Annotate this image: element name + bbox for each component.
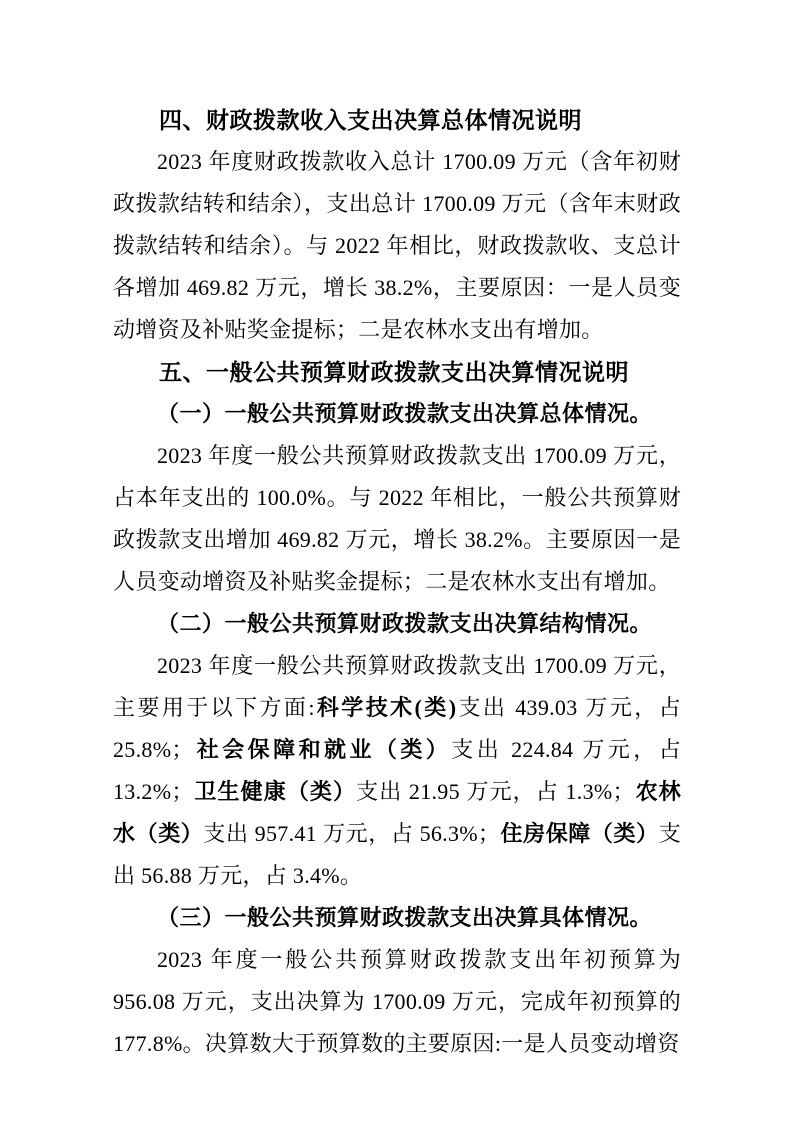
para-section-5-3-body: 2023 年度一般公共预算财政拨款支出年初预算为 956.08 万元，支出决算为… bbox=[113, 939, 681, 1065]
text-run: 2023 年度财政拨款收入总计 1700.09 万元（含年初财政拨款结转和结余）… bbox=[113, 149, 681, 342]
bold-text-run: （二）一般公共预算财政拨款支出决算结构情况。 bbox=[157, 611, 652, 636]
heading-section-5-2: （二）一般公共预算财政拨款支出决算结构情况。 bbox=[113, 603, 681, 645]
heading-section-5: 五、一般公共预算财政拨款支出决算情况说明 bbox=[113, 351, 681, 393]
bold-text-run: 社会保障和就业（类） bbox=[194, 737, 452, 762]
bold-text-run: 卫生健康（类） bbox=[194, 779, 356, 804]
bold-text-run: 四、财政拨款收入支出决算总体情况说明 bbox=[159, 107, 582, 133]
heading-section-4: 四、财政拨款收入支出决算总体情况说明 bbox=[113, 99, 681, 141]
bold-text-run: 科学技术(类) bbox=[315, 695, 457, 720]
bold-text-run: （三）一般公共预算财政拨款支出决算具体情况。 bbox=[157, 905, 652, 930]
bold-text-run: 五、一般公共预算财政拨款支出决算情况说明 bbox=[159, 359, 629, 385]
para-section-4-body: 2023 年度财政拨款收入总计 1700.09 万元（含年初财政拨款结转和结余）… bbox=[113, 141, 681, 351]
text-run: 2023 年度一般公共预算财政拨款支出 1700.09 万元，占本年支出的 10… bbox=[113, 443, 681, 594]
bold-text-run: （一）一般公共预算财政拨款支出决算总体情况。 bbox=[157, 401, 652, 426]
document-content: 四、财政拨款收入支出决算总体情况说明2023 年度财政拨款收入总计 1700.0… bbox=[113, 99, 681, 1065]
text-run: 支出 21.95 万元，占 1.3%； bbox=[356, 779, 635, 804]
para-section-5-1-body: 2023 年度一般公共预算财政拨款支出 1700.09 万元，占本年支出的 10… bbox=[113, 435, 681, 603]
text-run: 2023 年度一般公共预算财政拨款支出年初预算为 956.08 万元，支出决算为… bbox=[113, 947, 681, 1056]
para-section-5-2-body: 2023 年度一般公共预算财政拨款支出 1700.09 万元，主要用于以下方面:… bbox=[113, 645, 681, 897]
document-page: 四、财政拨款收入支出决算总体情况说明2023 年度财政拨款收入总计 1700.0… bbox=[0, 0, 793, 1122]
heading-section-5-1: （一）一般公共预算财政拨款支出决算总体情况。 bbox=[113, 393, 681, 435]
bold-text-run: 住房保障（类） bbox=[500, 821, 658, 846]
text-run: 支出 957.41 万元，占 56.3%； bbox=[203, 821, 500, 846]
heading-section-5-3: （三）一般公共预算财政拨款支出决算具体情况。 bbox=[113, 897, 681, 939]
